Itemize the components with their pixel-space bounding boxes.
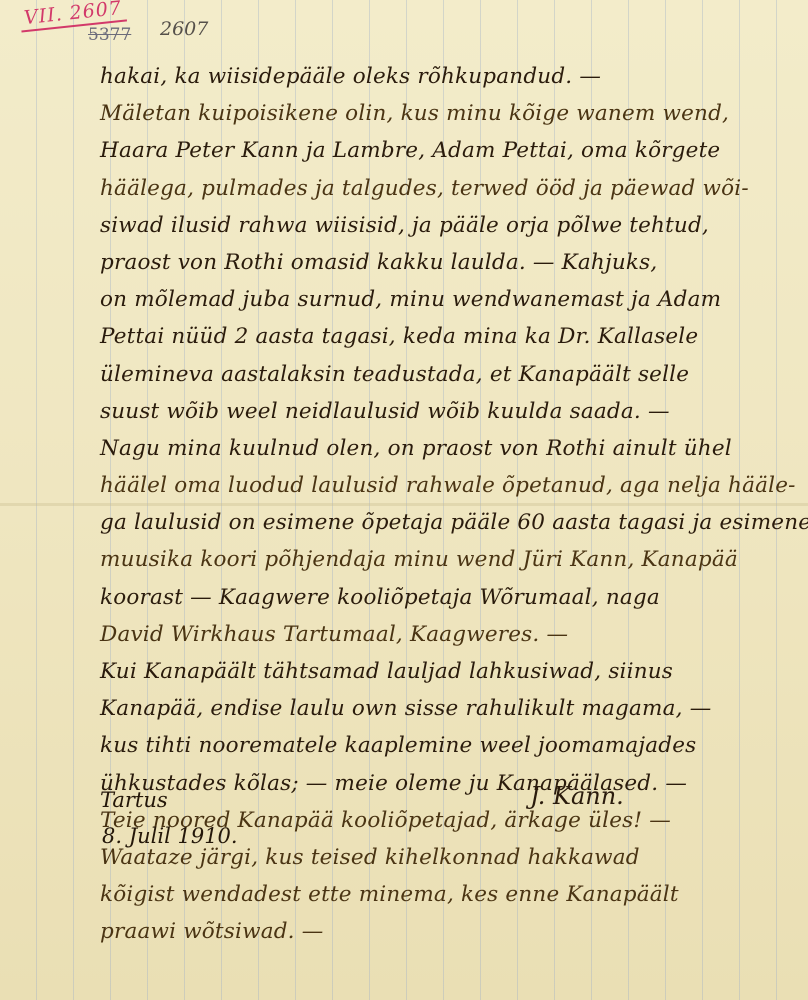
letter-line: praawi wõtsiwad. —: [100, 913, 805, 950]
letter-line: ga laulusid on esimene õpetaja pääle 60 …: [100, 504, 805, 541]
letter-line: koorast — Kaagwere kooliõpetaja Wõrumaal…: [100, 579, 805, 616]
new-catalog-number: 2607: [160, 18, 208, 40]
letter-line: Mäletan kuipoisikene olin, kus minu kõig…: [100, 95, 805, 132]
letter-line: David Wirkhaus Tartumaal, Kaagweres. —: [100, 616, 805, 653]
letter-line: praost von Rothi omasid kakku laulda. — …: [100, 244, 805, 281]
letter-line: Haara Peter Kann ja Lambre, Adam Pettai,…: [100, 132, 805, 169]
letter-line: Nagu mina kuulnud olen, on praost von Ro…: [100, 430, 805, 467]
old-catalog-number: 5377: [88, 25, 131, 45]
letter-line: on mõlemad juba surnud, minu wendwanemas…: [100, 281, 805, 318]
place-of-writing: Tartus: [100, 782, 238, 818]
letter-line: suust wõib weel neidlaulusid wõib kuulda…: [100, 393, 805, 430]
letter-line: Kui Kanapäält tähtsamad lauljad lahkusiw…: [100, 653, 805, 690]
letter-line: häälega, pulmades ja talgudes, terwed öö…: [100, 170, 805, 207]
letter-closing: Tartus 8. Julil 1910.: [100, 782, 238, 854]
letter-page: VII. 2607 5377 2607 hakai, ka wiisidepää…: [0, 0, 808, 1000]
signature: J. Kann.: [530, 782, 624, 810]
letter-line: Kanapää, endise laulu own sisse rahuliku…: [100, 690, 805, 727]
letter-line: hakai, ka wiisidepääle oleks rõhkupandud…: [100, 58, 805, 95]
letter-line: ülemineva aastalaksin teadustada, et Kan…: [100, 356, 805, 393]
letter-date: 8. Julil 1910.: [100, 818, 238, 854]
letter-line: siwad ilusid rahwa wiisisid, ja pääle or…: [100, 207, 805, 244]
letter-line: muusika koori põhjendaja minu wend Jüri …: [100, 541, 805, 578]
letter-line: kus tihti noorematele kaaplemine weel jo…: [100, 727, 805, 764]
letter-line: Pettai nüüd 2 aasta tagasi, keda mina ka…: [100, 318, 805, 355]
letter-line: kõigist wendadest ette minema, kes enne …: [100, 876, 805, 913]
letter-line: häälel oma luodud laulusid rahwale õpeta…: [100, 467, 805, 504]
